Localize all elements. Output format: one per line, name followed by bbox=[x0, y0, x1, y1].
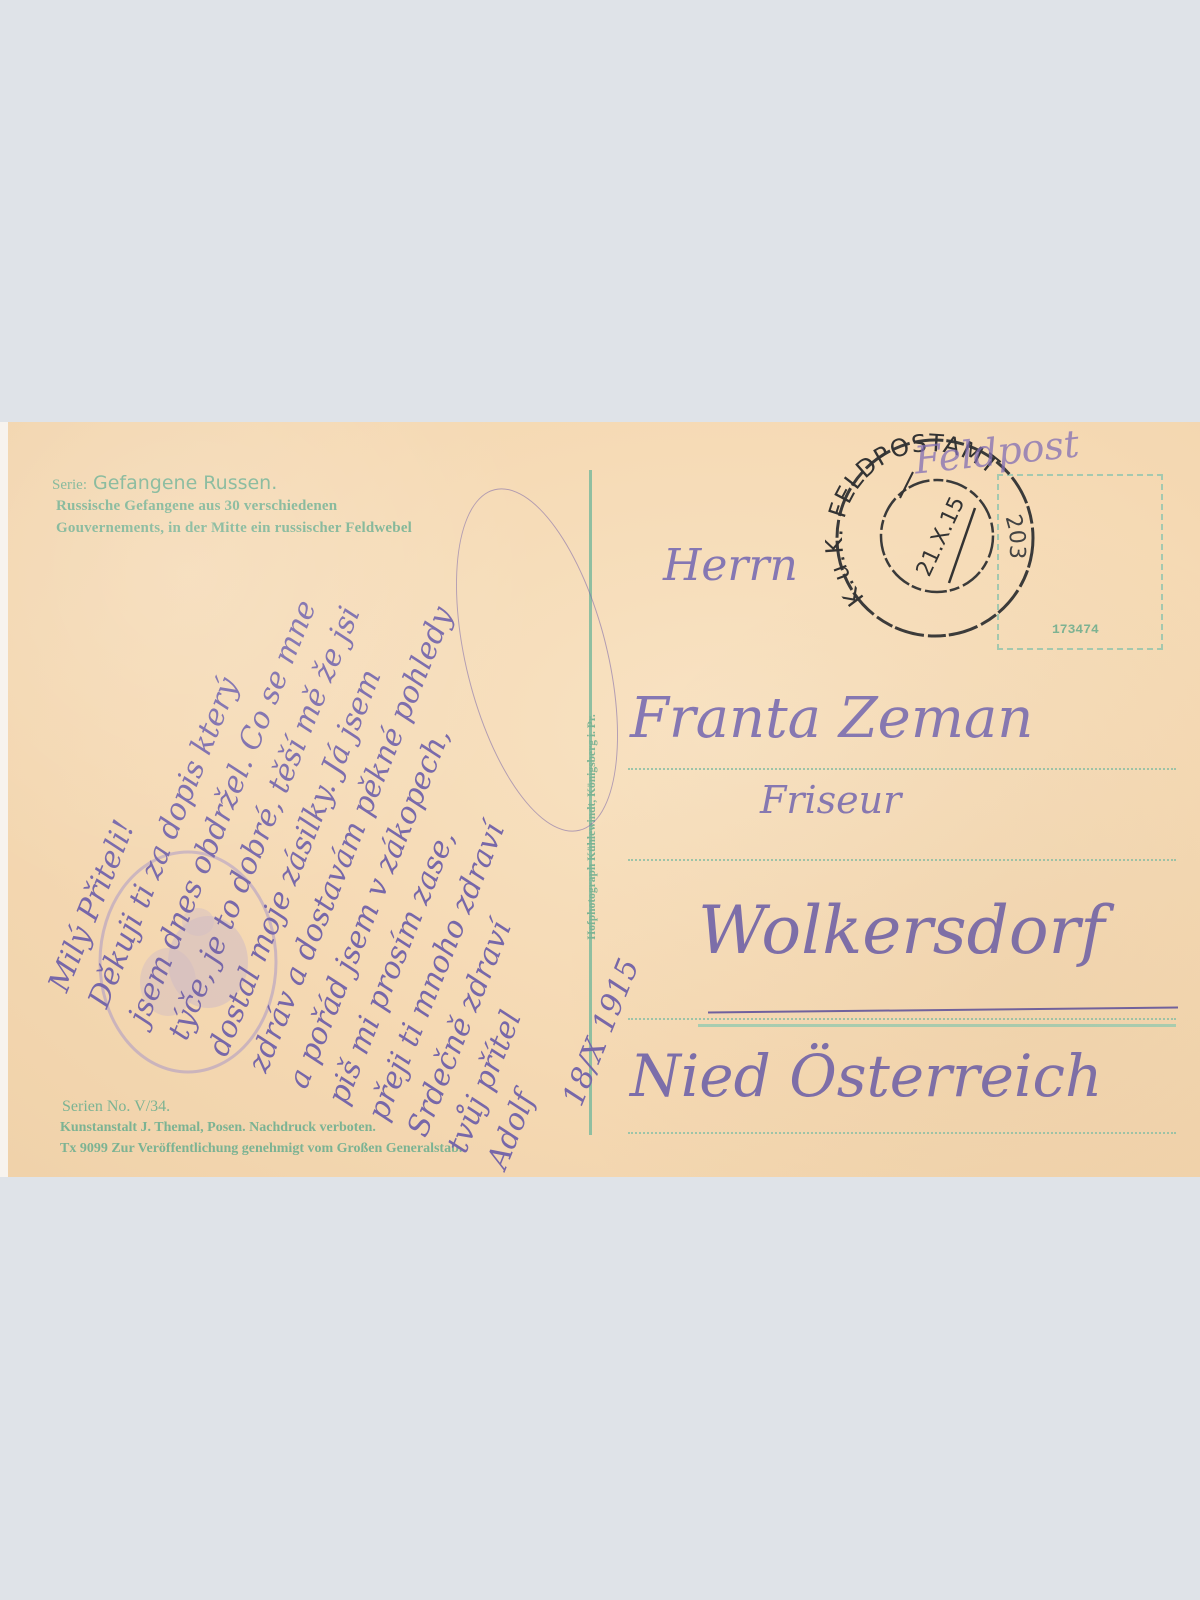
address-town: Wolkersdorf bbox=[698, 892, 1105, 969]
address-line-3-solid bbox=[698, 1024, 1176, 1027]
address-occupation: Friseur bbox=[760, 778, 901, 822]
series-name: Gefangene Russen. bbox=[93, 472, 277, 494]
series-title: Serie:Gefangene Russen. bbox=[52, 472, 277, 494]
stamp-box-number: 173474 bbox=[1052, 622, 1099, 637]
postmark-date: 21.X.15 bbox=[912, 493, 971, 581]
address-line-4 bbox=[628, 1132, 1176, 1134]
image-viewer: Serie:Gefangene Russen. Russische Gefang… bbox=[0, 0, 1200, 1600]
series-label: Serie: bbox=[52, 477, 87, 493]
address-region: Nied Österreich bbox=[630, 1042, 1102, 1110]
svg-text:203: 203 bbox=[1000, 512, 1030, 560]
postcard: Serie:Gefangene Russen. Russische Gefang… bbox=[8, 422, 1200, 1177]
address-line-3 bbox=[628, 1018, 1176, 1020]
approval-line: Tx 9099 Zur Veröffentlichung genehmigt v… bbox=[60, 1138, 462, 1159]
address-line-2 bbox=[628, 859, 1176, 861]
address-line-1 bbox=[628, 768, 1176, 770]
caption-line-1: Russische Gefangene aus 30 verschiedenen bbox=[56, 498, 337, 515]
town-underline bbox=[708, 1007, 1178, 1014]
address-salutation: Herrn bbox=[663, 540, 798, 591]
postmark-number: 203 bbox=[1000, 512, 1030, 560]
